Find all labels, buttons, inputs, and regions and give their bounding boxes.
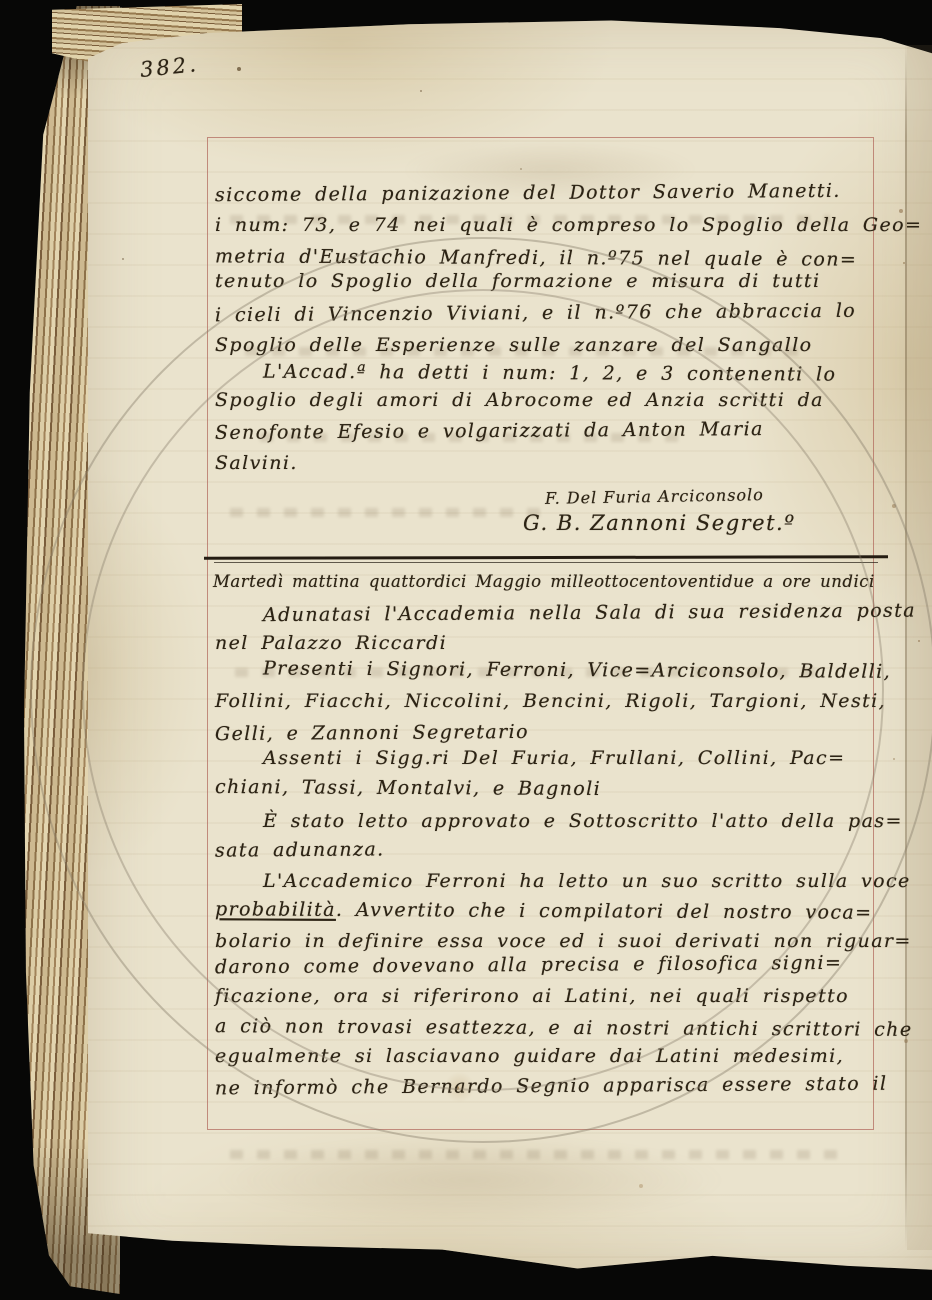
text-line: nel Palazzo Riccardi	[215, 632, 447, 654]
text-line: probabilità. Avvertito che i compilatori…	[215, 898, 873, 923]
foxing-specks	[0, 0, 2, 2]
text-line: Gelli, e Zannoni Segretario	[215, 721, 529, 745]
text-line: Salvini.	[215, 452, 298, 474]
text-line: sata adunanza.	[215, 838, 385, 861]
text-line: tenuto lo Spoglio della formazione e mis…	[215, 270, 820, 292]
section-divider-rule	[204, 556, 888, 568]
paper-stain	[210, 1135, 730, 1225]
text-line: Follini, Fiacchi, Niccolini, Bencini, Ri…	[215, 690, 886, 712]
text-line: L'Accad.ª ha detti i num: 1, 2, e 3 cont…	[215, 360, 837, 385]
manuscript-scan: 382. siccome della panizazione del Dotto…	[0, 0, 932, 1300]
text-line: a ciò non trovasi esattezza, e ai nostri…	[215, 1015, 913, 1041]
text-line-continuation: . Avvertito che i compilatori del nostro…	[336, 899, 873, 924]
text-line: Spoglio delle Esperienze sulle zanzare d…	[215, 334, 813, 356]
text-line: metria d'Eustachio Manfredi, il n.º75 ne…	[215, 245, 857, 270]
text-line: i num: 73, e 74 nei quali è compreso lo …	[215, 214, 922, 236]
underlined-word: probabilità	[215, 898, 336, 921]
text-line: egualmente si lasciavano guidare dai Lat…	[215, 1045, 844, 1067]
text-line: ficazione, ora si riferirono ai Latini, …	[215, 985, 849, 1007]
text-line: Presenti i Signori, Ferroni, Vice=Arcico…	[215, 657, 891, 683]
text-line: L'Accademico Ferroni ha letto un suo scr…	[215, 870, 911, 892]
signature-segretario: G. B. Zannoni Segret.º	[523, 511, 796, 535]
text-line: ne informò che Bernardo Segnio apparisca…	[215, 1073, 888, 1100]
text-line: siccome della panizazione del Dottor Sav…	[215, 180, 841, 206]
text-line: darono come dovevano alla precisa e filo…	[215, 952, 842, 978]
ink-showthrough	[230, 508, 550, 517]
text-line: Spoglio degli amori di Abrocome ed Anzia…	[215, 389, 824, 411]
text-line: Senofonte Efesio e volgarizzati da Anton…	[215, 418, 764, 444]
text-line: Assenti i Sigg.ri Del Furia, Frullani, C…	[215, 747, 845, 769]
text-line: Martedì mattina quattordici Maggio mille…	[213, 572, 875, 591]
signature-arciconsolo: F. Del Furia Arciconsolo	[545, 485, 764, 508]
text-line: chiani, Tassi, Montalvi, e Bagnoli	[215, 776, 601, 800]
text-line: i cieli di Vincenzio Viviani, e il n.º76…	[215, 300, 856, 326]
text-line: È stato letto approvato e Sottoscritto l…	[215, 810, 903, 832]
text-line: bolario in definire essa voce ed i suoi …	[215, 930, 912, 952]
